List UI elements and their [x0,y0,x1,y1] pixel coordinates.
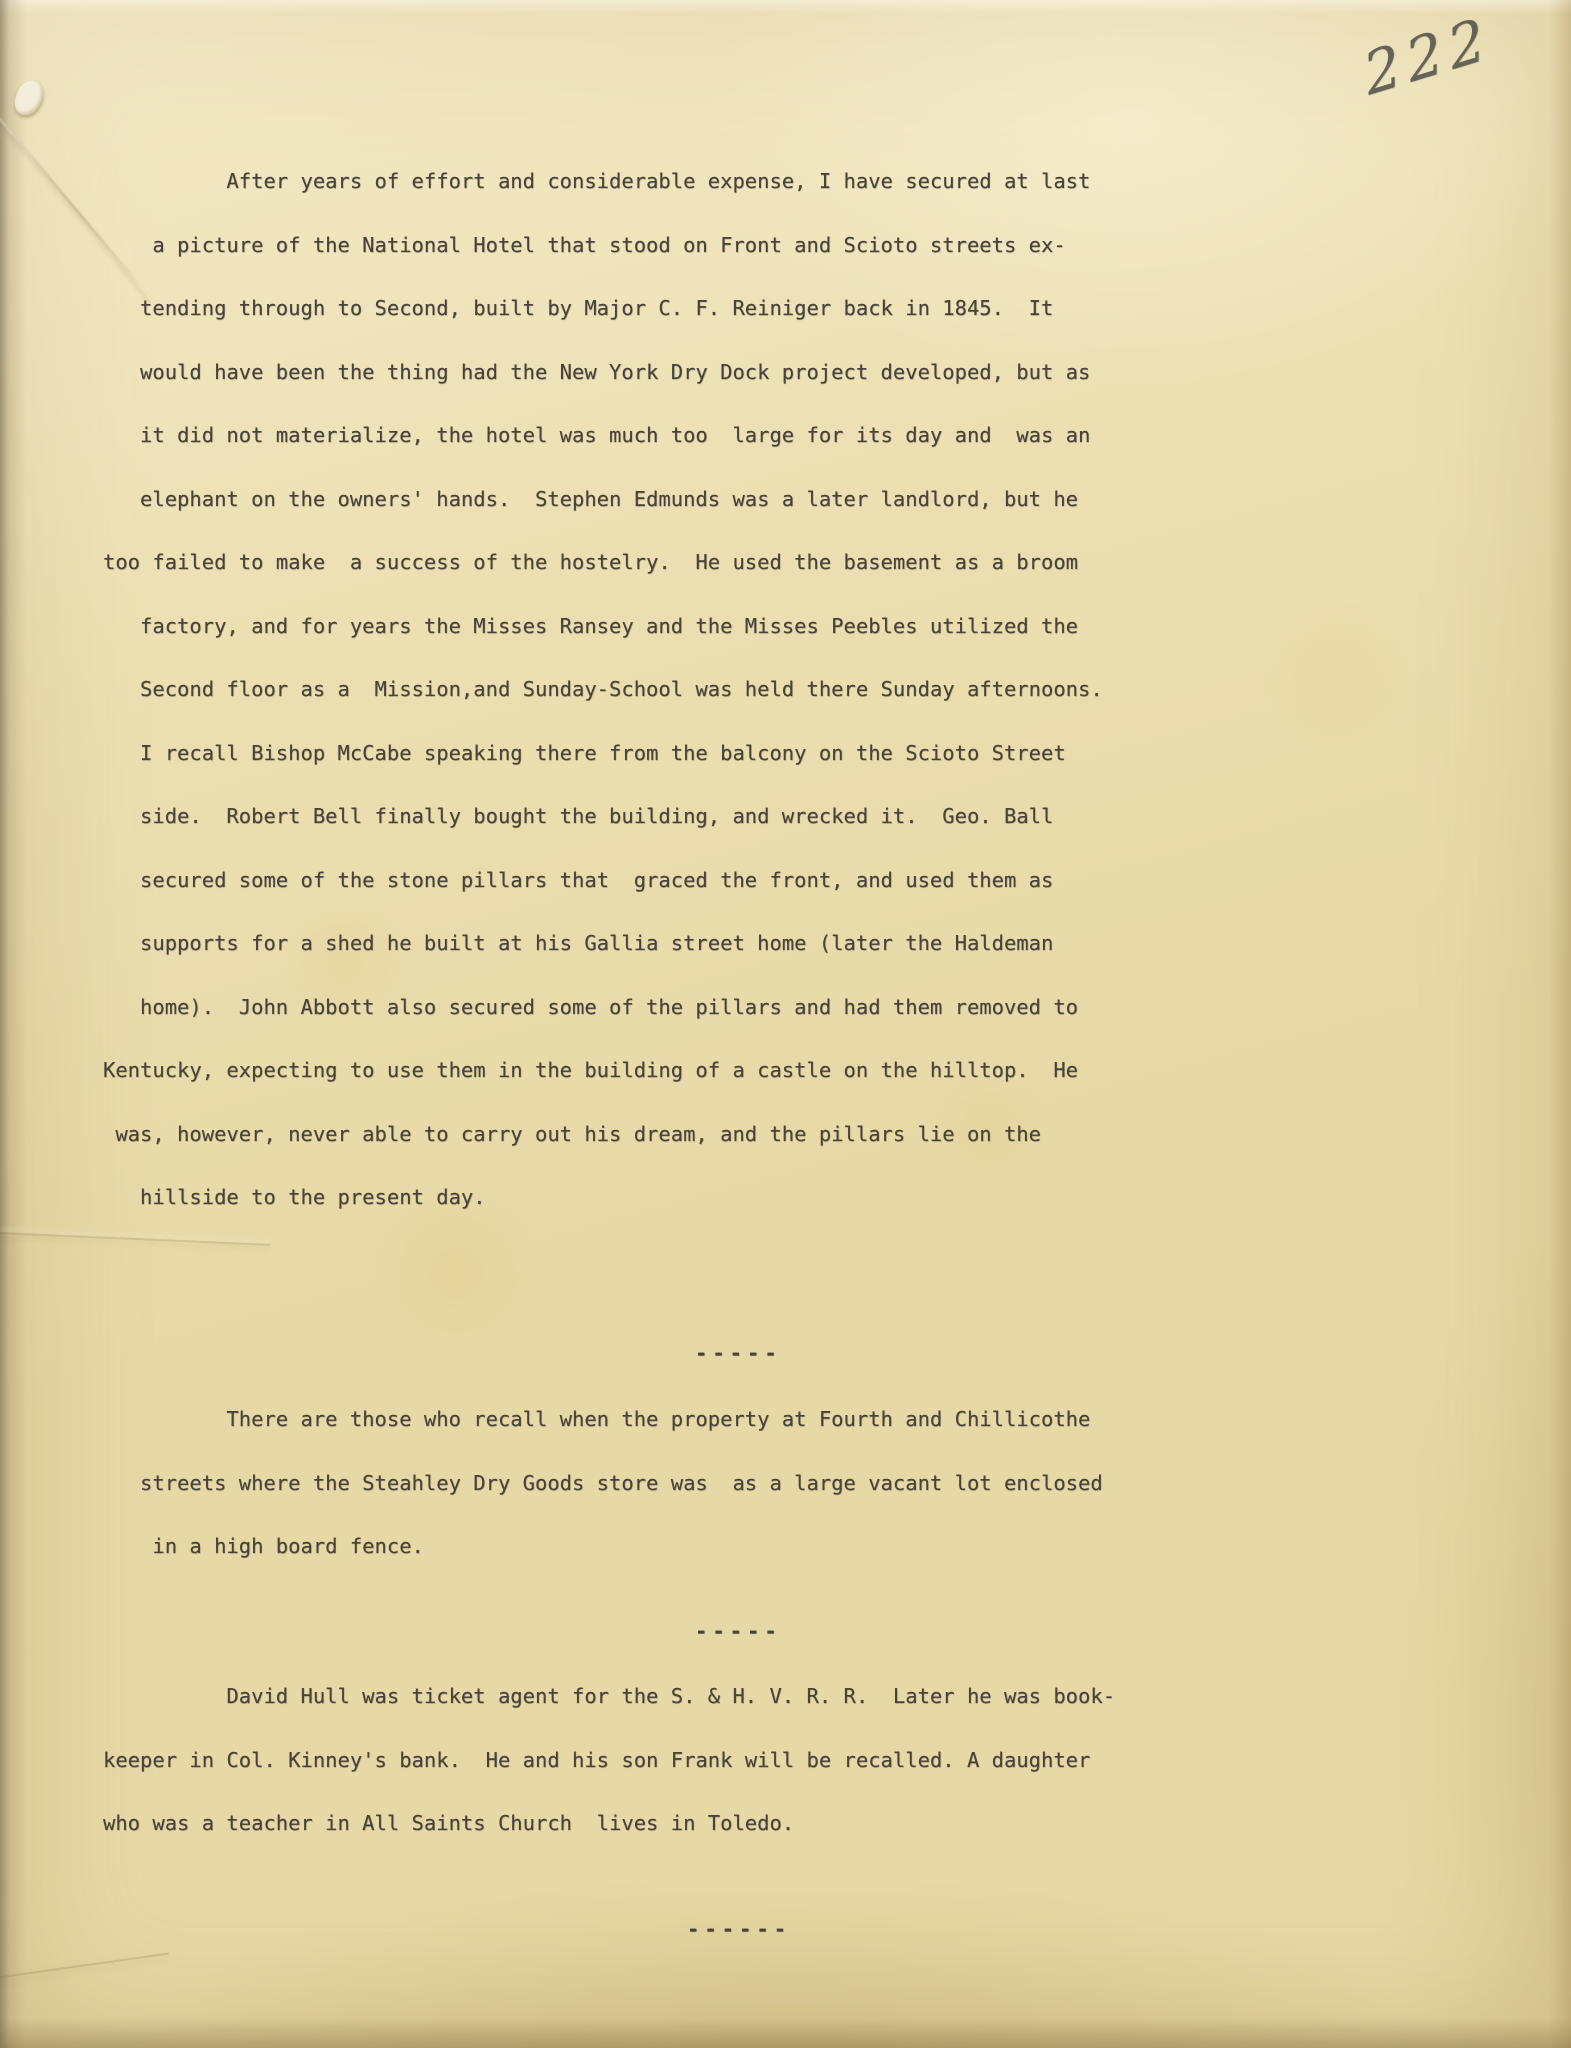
section-separator: ----- [103,1322,1571,1386]
text-line: who was a teacher in All Saints Church l… [103,1792,1463,1856]
text-line: in a high board fence. [103,1515,1463,1579]
document-page: 222 After years of effort and considerab… [0,0,1571,2048]
text-line: elephant on the owners' hands. Stephen E… [103,468,1463,532]
handwritten-page-number: 222 [1358,3,1497,109]
text-line: Kentucky, expecting to use them in the b… [103,1039,1463,1103]
text-line: David Hull was ticket agent for the S. &… [103,1665,1463,1729]
section-separator: ----- [103,1600,1571,1664]
text-line: There are those who recall when the prop… [103,1388,1463,1452]
paper-edge-left [0,0,26,2048]
paper-edge-bottom [0,2018,1571,2048]
text-line: secured some of the stone pillars that g… [103,849,1463,913]
text-line: factory, and for years the Misses Ransey… [103,595,1463,659]
paragraph: There are those who recall when the prop… [103,1388,1463,1579]
paper-tear [12,77,46,118]
text-line: a picture of the National Hotel that sto… [103,214,1463,278]
text-line: tending through to Second, built by Majo… [103,277,1463,341]
text-line: home). John Abbott also secured some of … [103,976,1463,1040]
section-separator: ------ [103,1898,1571,1962]
text-line: Second floor as a Mission,and Sunday-Sch… [103,658,1463,722]
text-line: was, however, never able to carry out hi… [103,1103,1463,1167]
text-line: keeper in Col. Kinney's bank. He and his… [103,1729,1463,1793]
paragraph: David Hull was ticket agent for the S. &… [103,1665,1463,1856]
text-line: I recall Bishop McCabe speaking there fr… [103,722,1463,786]
paper-edge-top [0,0,1571,14]
text-line: it did not materialize, the hotel was mu… [103,404,1463,468]
text-line: would have been the thing had the New Yo… [103,341,1463,405]
text-line: too failed to make a success of the host… [103,531,1463,595]
paper-crease-mid-left [0,1232,270,1246]
text-line: supports for a shed he built at his Gall… [103,912,1463,976]
text-line: After years of effort and considerable e… [103,150,1463,214]
text-line: side. Robert Bell finally bought the bui… [103,785,1463,849]
paper-edge-right [1549,0,1571,2048]
text-line: streets where the Steahley Dry Goods sto… [103,1452,1463,1516]
text-line: hillside to the present day. [103,1166,1463,1230]
paragraph: After years of effort and considerable e… [103,150,1463,1230]
